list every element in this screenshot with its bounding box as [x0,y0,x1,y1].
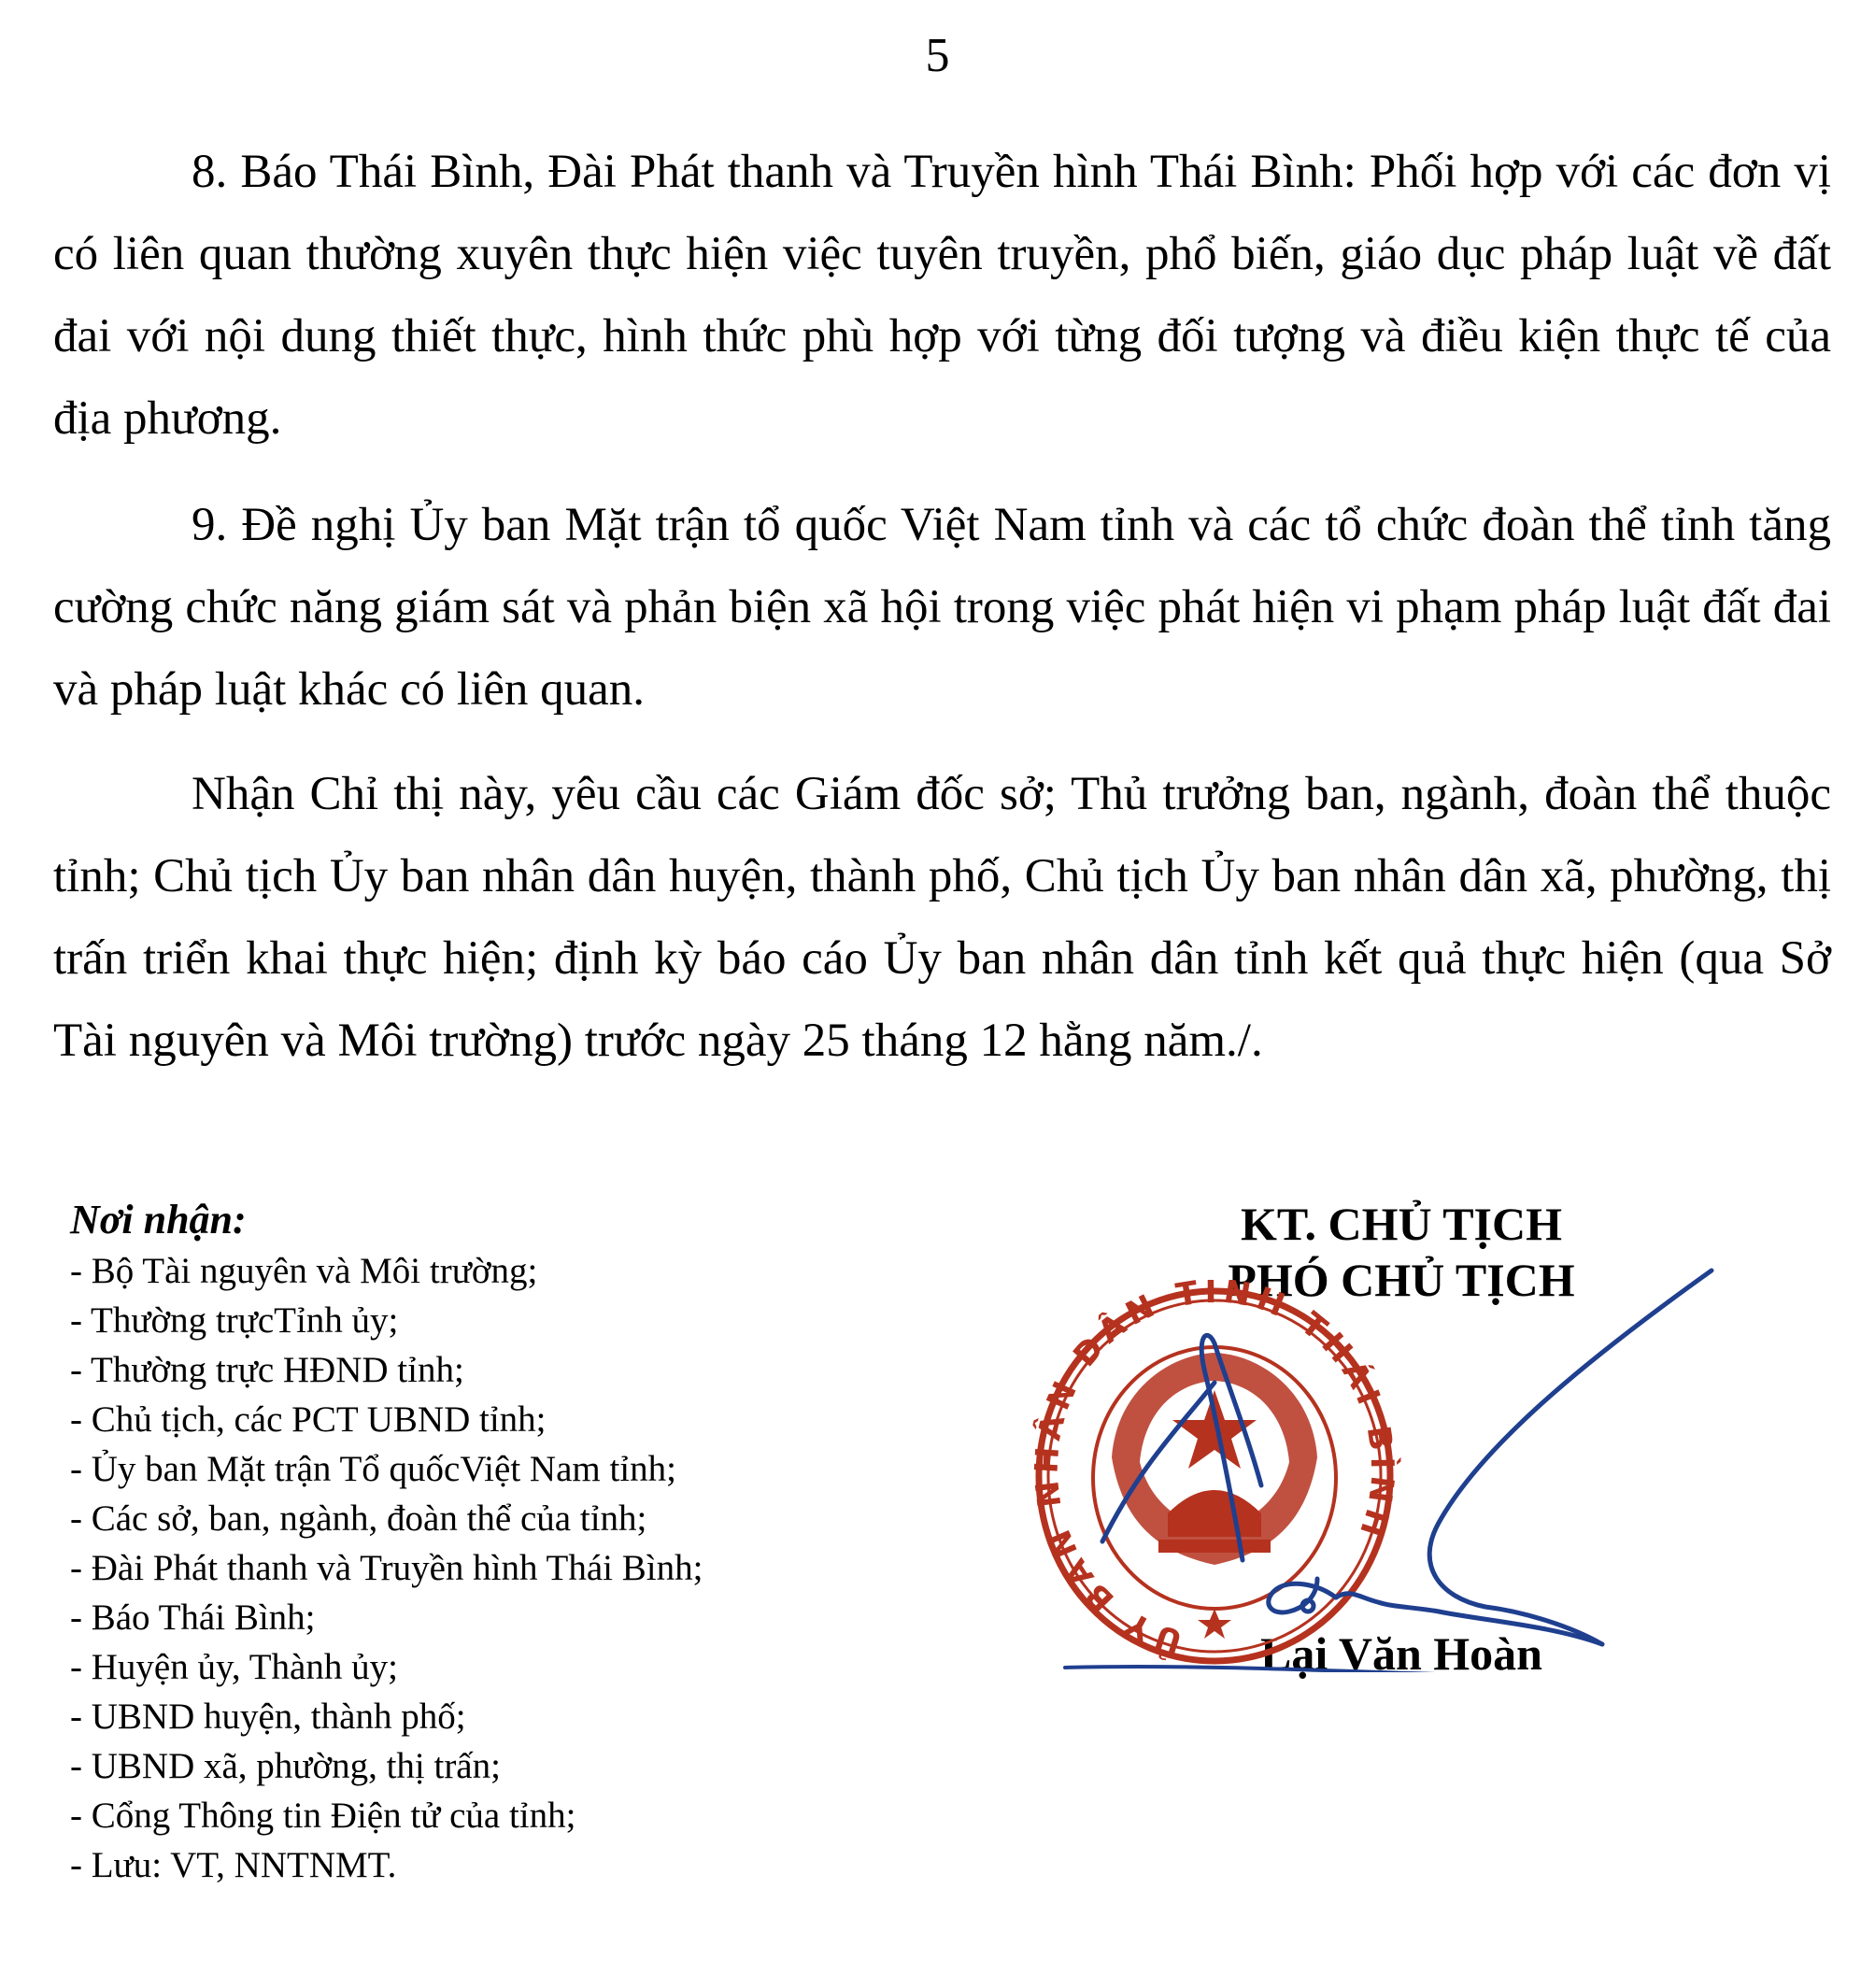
recipients-items: - Bộ Tài nguyên và Môi trường; - Thường … [70,1246,911,1890]
recipient-item: - Thường trựcTỉnh ủy; [70,1296,911,1345]
recipient-item: - Huyện ủy, Thành ủy; [70,1642,911,1692]
recipient-item: - Lưu: VT, NNTNMT. [70,1840,911,1890]
closing-paragraph: Nhận Chỉ thị này, yêu cầu các Giám đốc s… [53,753,1831,1082]
recipient-item: - UBND huyện, thành phố; [70,1692,911,1741]
recipients-list: Nơi nhận: - Bộ Tài nguyên và Môi trường;… [70,1194,911,1890]
recipients-heading: Nơi nhận: [70,1194,911,1246]
page-number: 5 [0,28,1875,84]
paragraph-item-8: 8. Báo Thái Bình, Đài Phát thanh và Truy… [53,131,1831,460]
recipient-item: - Đài Phát thanh và Truyền hình Thái Bìn… [70,1543,911,1593]
recipient-item: - Cổng Thông tin Điện tử của tỉnh; [70,1791,911,1840]
recipient-item: - UBND xã, phường, thị trấn; [70,1741,911,1791]
handwritten-signature-icon [1046,1242,1756,1672]
recipient-item: - Bộ Tài nguyên và Môi trường; [70,1246,911,1296]
recipient-item: - Ủy ban Mặt trận Tổ quốcViệt Nam tỉnh; [70,1444,911,1494]
recipient-item: - Thường trực HĐND tỉnh; [70,1345,911,1395]
recipient-item: - Các sở, ban, ngành, đoàn thể của tỉnh; [70,1494,911,1543]
recipient-item: - Chủ tịch, các PCT UBND tỉnh; [70,1395,911,1444]
recipient-item: - Báo Thái Bình; [70,1593,911,1642]
paragraph-item-9: 9. Đề nghị Ủy ban Mặt trận tổ quốc Việt … [53,484,1831,731]
